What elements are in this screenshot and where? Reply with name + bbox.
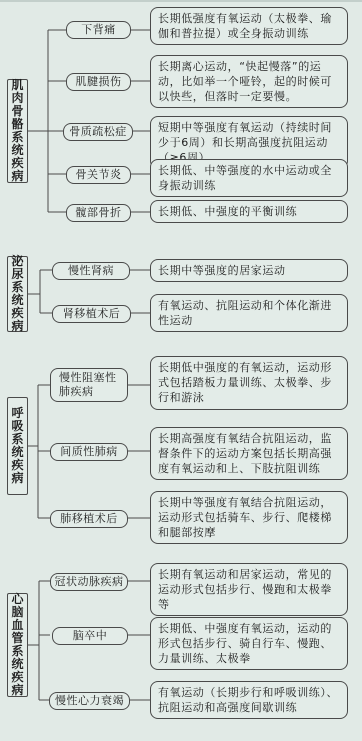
recommendation-post-lung-transplant: 长期中等强度有氧结合抗阻运动，运动形式包括骑车、步行、爬楼梯和腿部按摩 xyxy=(150,491,348,544)
recommendation-tendon-injury: 长期离心运动，“快起慢落”的运动，比如举一个哑铃，起的时候可以快些，但落时一定要… xyxy=(150,55,348,108)
recommendation-hip-fracture: 长期低、中强度的平衡训练 xyxy=(150,200,348,223)
disease-chronic-kidney-disease: 慢性肾病 xyxy=(52,262,130,280)
disease-tendon-injury: 肌腱损伤 xyxy=(66,73,131,91)
disease-osteoarthritis: 骨关节炎 xyxy=(66,166,131,184)
category-urinary-diseases: 泌尿系统疾病 xyxy=(7,256,28,332)
category-respiratory-diseases: 呼吸系统疾病 xyxy=(7,397,28,495)
recommendation-post-kidney-transplant: 有氧运动、抗阻运动和个体化渐进性运动 xyxy=(150,294,348,332)
recommendation-lower-back-pain: 长期低强度有氧运动（太极拳、瑜伽和普拉提）或全身振动训练 xyxy=(150,7,348,45)
disease-interstitial-lung-disease: 间质性肺病 xyxy=(50,443,128,461)
exercise-disease-flowchart: 肌肉骨骼系统疾病 泌尿系统疾病 呼吸系统疾病 心脑血管系统疾病 下背痛 长期低强… xyxy=(0,0,362,741)
recommendation-interstitial-lung-disease: 长期高强度有氧结合抗阻运动，监督条件下的运动方案包括长期高强度有氧运动和上、下肢… xyxy=(150,427,348,480)
category-cardiocerebrovascular-diseases: 心脑血管系统疾病 xyxy=(7,593,28,697)
disease-post-kidney-transplant: 肾移植术后 xyxy=(52,305,131,323)
disease-lower-back-pain: 下背痛 xyxy=(66,21,131,39)
recommendation-chronic-kidney-disease: 长期中等强度的居家运动 xyxy=(150,259,348,282)
disease-stroke: 脑卒中 xyxy=(52,627,128,645)
disease-post-lung-transplant: 肺移植术后 xyxy=(50,510,128,528)
recommendation-chronic-heart-failure: 有氧运动（长期步行和呼吸训练）、抗阻运动和高强度间歇训练 xyxy=(150,681,348,719)
recommendation-osteoarthritis: 长期低、中等强度的水中运动或全身振动训练 xyxy=(150,159,348,197)
disease-coronary-artery-disease: 冠状动脉疾病 xyxy=(50,573,128,591)
disease-copd: 慢性阻塞性肺疾病 xyxy=(50,368,128,402)
recommendation-copd: 长期低中强度的有氧运动，运动形式包括踏板力量训练、太极拳、步行和游泳 xyxy=(150,356,348,410)
recommendation-coronary-artery-disease: 长期有氧运动和居家运动，常见的运动形式包括步行、慢跑和太极拳等 xyxy=(150,563,348,616)
category-musculoskeletal-diseases: 肌肉骨骼系统疾病 xyxy=(7,79,28,183)
disease-chronic-heart-failure: 慢性心力衰竭 xyxy=(49,692,130,710)
disease-osteoporosis: 骨质疏松症 xyxy=(63,123,133,141)
recommendation-stroke: 长期低、中强度有氧运动，运动的形式包括步行、骑自行车、慢跑、力量训练、太极拳 xyxy=(150,617,348,670)
disease-hip-fracture: 髋部骨折 xyxy=(66,204,131,222)
